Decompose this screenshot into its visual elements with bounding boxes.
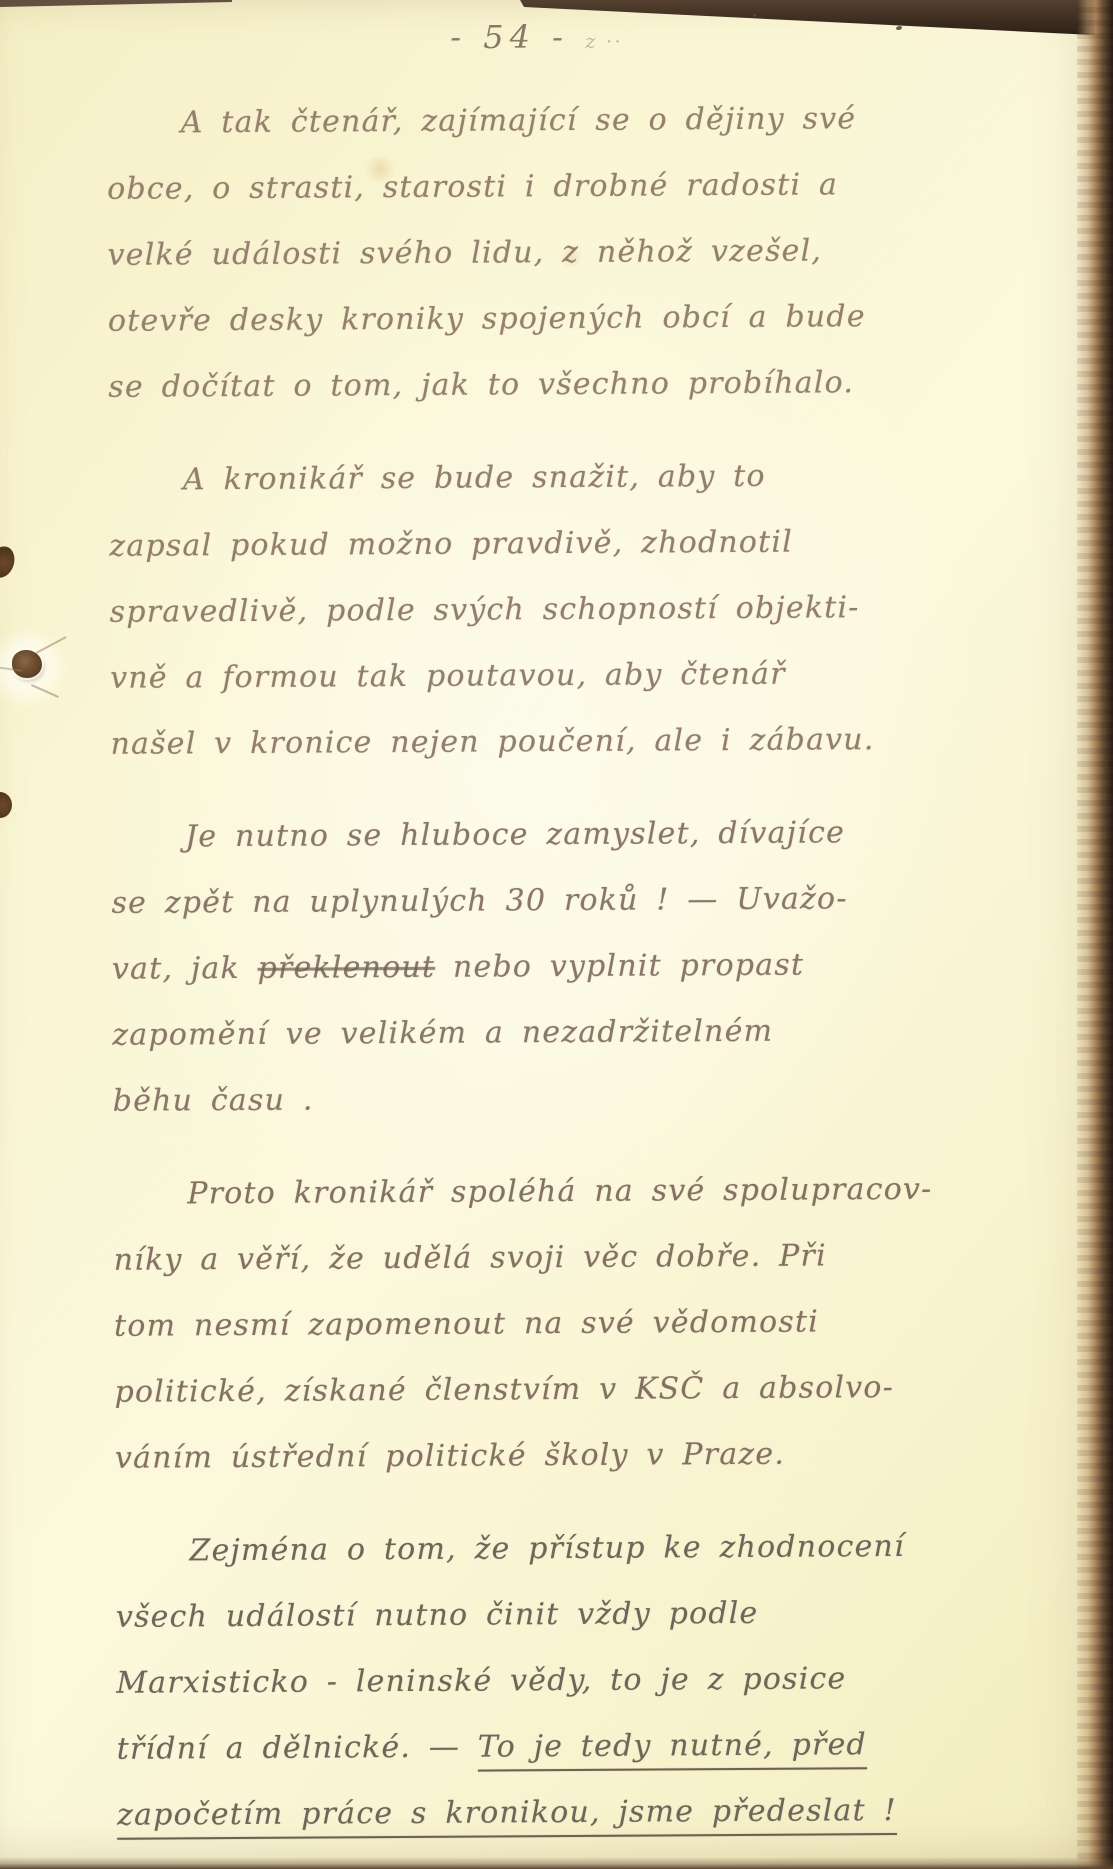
handwritten-line: zapsal pokud možno pravdivě, zhodnotil xyxy=(109,508,1022,580)
text-segment: běhu času . xyxy=(113,1083,314,1119)
text-segment: Proto kronikář spoléhá na své spolupraco… xyxy=(187,1172,932,1212)
paragraph: A tak čtenář, zajímající se o dějiny své… xyxy=(107,85,1022,421)
left-edge-tear-mark xyxy=(0,543,18,581)
page-number-smudge: z ·· xyxy=(585,29,623,53)
text-segment: nebo vyplnit propast xyxy=(435,948,804,985)
text-segment: politické, získané členstvím v KSČ a abs… xyxy=(114,1370,894,1410)
scanned-page: - 54 - z ·· A tak čtenář, zajímající se … xyxy=(0,0,1113,1869)
text-segment: otevře desky kroniky spojených obcí a bu… xyxy=(108,299,866,339)
handwritten-line: zapomění ve velikém a nezadržitelném xyxy=(112,997,1025,1069)
page-number: - 54 - z ·· xyxy=(0,18,1073,56)
handwritten-line: započetím práce s kronikou, jsme předesl… xyxy=(117,1777,1030,1849)
handwritten-line: velké události svého lidu, z něhož vzeše… xyxy=(107,217,1020,289)
text-segment: velké události svého lidu, z něhož vzeše… xyxy=(107,233,822,272)
handwritten-line: váním ústřední politické školy v Praze. xyxy=(115,1420,1028,1492)
text-segment: našel v kronice nejen poučení, ale i záb… xyxy=(110,722,874,762)
handwritten-line: otevře desky kroniky spojených obcí a bu… xyxy=(108,283,1021,355)
text-segment: obce, o strasti, starosti i drobné rados… xyxy=(107,167,838,206)
handwritten-line: se dočítat o tom, jak to všechno probíha… xyxy=(108,349,1021,421)
ink-speck xyxy=(753,14,756,17)
punch-hole xyxy=(12,650,42,678)
text-segment: To je tedy nutné, před xyxy=(478,1727,867,1764)
text-segment: všech událostí nutno činit vždy podle xyxy=(116,1596,759,1635)
handwritten-line: vat, jak překlenout nebo vyplnit propast xyxy=(112,931,1025,1003)
text-segment: vat, jak xyxy=(112,951,258,987)
text-segment: A kronikář se bude snažit, aby to xyxy=(183,459,766,498)
text-segment: spravedlivě, podle svých schopností obje… xyxy=(110,590,860,630)
handwritten-line: Marxisticko - leninské vědy, to je z pos… xyxy=(116,1645,1029,1717)
text-segment: započetím práce s kronikou, jsme předesl… xyxy=(117,1793,897,1833)
text-segment: Zejména o tom, že přístup ke zhodnocení xyxy=(189,1529,905,1568)
handwritten-line: běhu času . xyxy=(113,1063,1026,1135)
handwritten-line: A kronikář se bude snažit, aby to xyxy=(109,442,1022,514)
page-number-value: - 54 - xyxy=(450,18,569,56)
handwritten-line: A tak čtenář, zajímající se o dějiny své xyxy=(107,85,1020,157)
handwritten-line: třídní a dělnické. — To je tedy nutné, p… xyxy=(116,1711,1029,1783)
text-segment: váním ústřední politické školy v Praze. xyxy=(115,1437,785,1476)
handwritten-line: tom nesmí zapomenout na své vědomosti xyxy=(114,1288,1027,1360)
handwritten-line: našel v kronice nejen poučení, ale i záb… xyxy=(110,706,1023,778)
text-segment: zapomění ve velikém a nezadržitelném xyxy=(112,1014,773,1053)
right-binding-edge xyxy=(1077,0,1113,1869)
handwritten-line: všech událostí nutno činit vždy podle xyxy=(116,1579,1029,1651)
handwritten-line: Proto kronikář spoléhá na své spolupraco… xyxy=(113,1156,1026,1228)
text-segment: se zpět na uplynulých 30 roků ! — Uvažo- xyxy=(111,881,847,920)
text-segment: překlenout xyxy=(257,950,435,986)
paragraph: Je nutno se hluboce zamyslet, dívajícese… xyxy=(111,799,1026,1135)
text-segment: vně a formou tak poutavou, aby čtenář xyxy=(110,657,786,696)
text-segment: Je nutno se hluboce zamyslet, dívajíce xyxy=(185,815,845,854)
text-segment: níky a věří, že udělá svoji věc dobře. P… xyxy=(114,1238,827,1277)
paragraph: Zejména o tom, že přístup ke zhodnocenív… xyxy=(115,1513,1030,1849)
handwritten-line: vně a formou tak poutavou, aby čtenář xyxy=(110,640,1023,712)
left-edge-tear-mark xyxy=(0,792,12,818)
text-segment: A tak čtenář, zajímající se o dějiny své xyxy=(181,101,857,140)
handwritten-line: Je nutno se hluboce zamyslet, dívajíce xyxy=(111,799,1024,871)
text-segment: Marxisticko - leninské vědy, to je z pos… xyxy=(116,1661,846,1700)
handwritten-line: politické, získané členstvím v KSČ a abs… xyxy=(114,1354,1027,1426)
handwritten-line: spravedlivě, podle svých schopností obje… xyxy=(110,574,1023,646)
text-segment: zapsal pokud možno pravdivě, zhodnotil xyxy=(109,525,793,564)
paragraph: A kronikář se bude snažit, aby tozapsal … xyxy=(109,442,1024,778)
handwritten-line: níky a věří, že udělá svoji věc dobře. P… xyxy=(114,1222,1027,1294)
text-segment: tom nesmí zapomenout na své vědomosti xyxy=(114,1304,819,1343)
paragraph: Proto kronikář spoléhá na své spolupraco… xyxy=(113,1156,1028,1492)
handwritten-line: Zejména o tom, že přístup ke zhodnocení xyxy=(115,1513,1028,1585)
handwriting-block: A tak čtenář, zajímající se o dějiny své… xyxy=(107,85,1031,1869)
text-segment: třídní a dělnické. — xyxy=(117,1730,478,1767)
handwritten-line: se zpět na uplynulých 30 roků ! — Uvažo- xyxy=(111,865,1024,937)
handwritten-line: obce, o strasti, starosti i drobné rados… xyxy=(107,151,1020,223)
text-segment: se dočítat o tom, jak to všechno probíha… xyxy=(108,365,854,405)
